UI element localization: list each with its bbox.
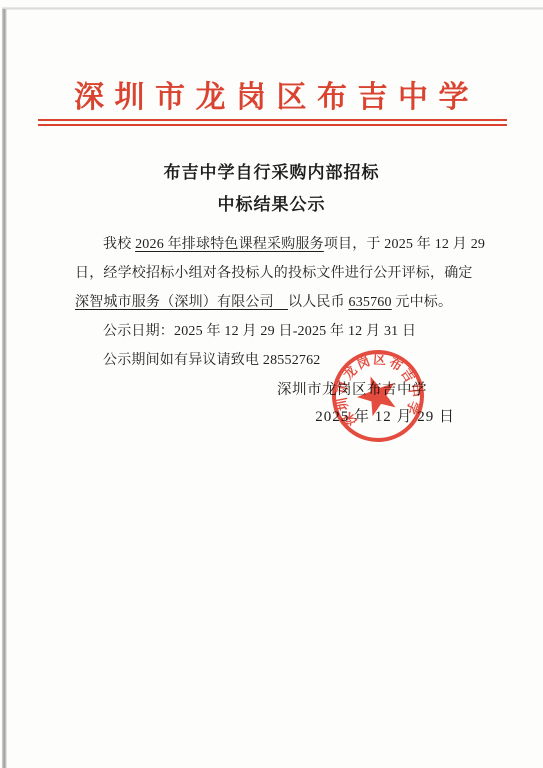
underlined-text: 635760 bbox=[349, 295, 392, 310]
objection-phone-line: 公示期间如有异议请致电 28552762 bbox=[75, 349, 321, 369]
body-line-2: 日，经学校招标小组对各投标人的投标文件进行公开评标，确定 bbox=[75, 262, 473, 282]
text-segment: 公示期间如有异议请致电 28552762 bbox=[103, 353, 321, 368]
scanned-document-page: 深圳市龙岗区布吉中学 布吉中学自行采购内部招标 中标结果公示 我校 2026 年… bbox=[0, 0, 543, 768]
text-segment: 日，经学校招标小组对各投标人的投标文件进行公开评标，确定 bbox=[75, 266, 473, 281]
document-title: 布吉中学自行采购内部招标 bbox=[0, 158, 543, 183]
official-seal-graphic: 深圳市龙岗区布吉中学 bbox=[301, 319, 455, 473]
body-line-3: 深智城市服务（深圳）有限公司 以人民币 635760 元中标。 bbox=[75, 291, 452, 311]
text-segment: 元中标。 bbox=[392, 295, 453, 310]
school-letterhead-title: 深圳市龙岗区布吉中学 bbox=[0, 72, 543, 116]
scan-edge-top bbox=[2, 7, 543, 10]
underlined-text: 深智城市服务（深圳）有限公司 bbox=[75, 295, 288, 310]
scan-edge-left bbox=[2, 9, 7, 768]
star-icon bbox=[355, 374, 398, 418]
text-segment: 项目，于 2025 年 12 月 29 bbox=[324, 237, 485, 252]
body-line-1: 我校 2026 年排球特色课程采购服务项目，于 2025 年 12 月 29 bbox=[75, 233, 485, 253]
document-subtitle: 中标结果公示 bbox=[0, 190, 543, 215]
official-seal: 深圳市龙岗区布吉中学 bbox=[301, 319, 455, 473]
underlined-text: 2026 年排球特色课程采购服务 bbox=[135, 237, 324, 252]
text-segment: 我校 bbox=[103, 237, 135, 252]
letterhead-divider bbox=[38, 119, 507, 126]
text-segment: 以人民币 bbox=[288, 295, 349, 310]
